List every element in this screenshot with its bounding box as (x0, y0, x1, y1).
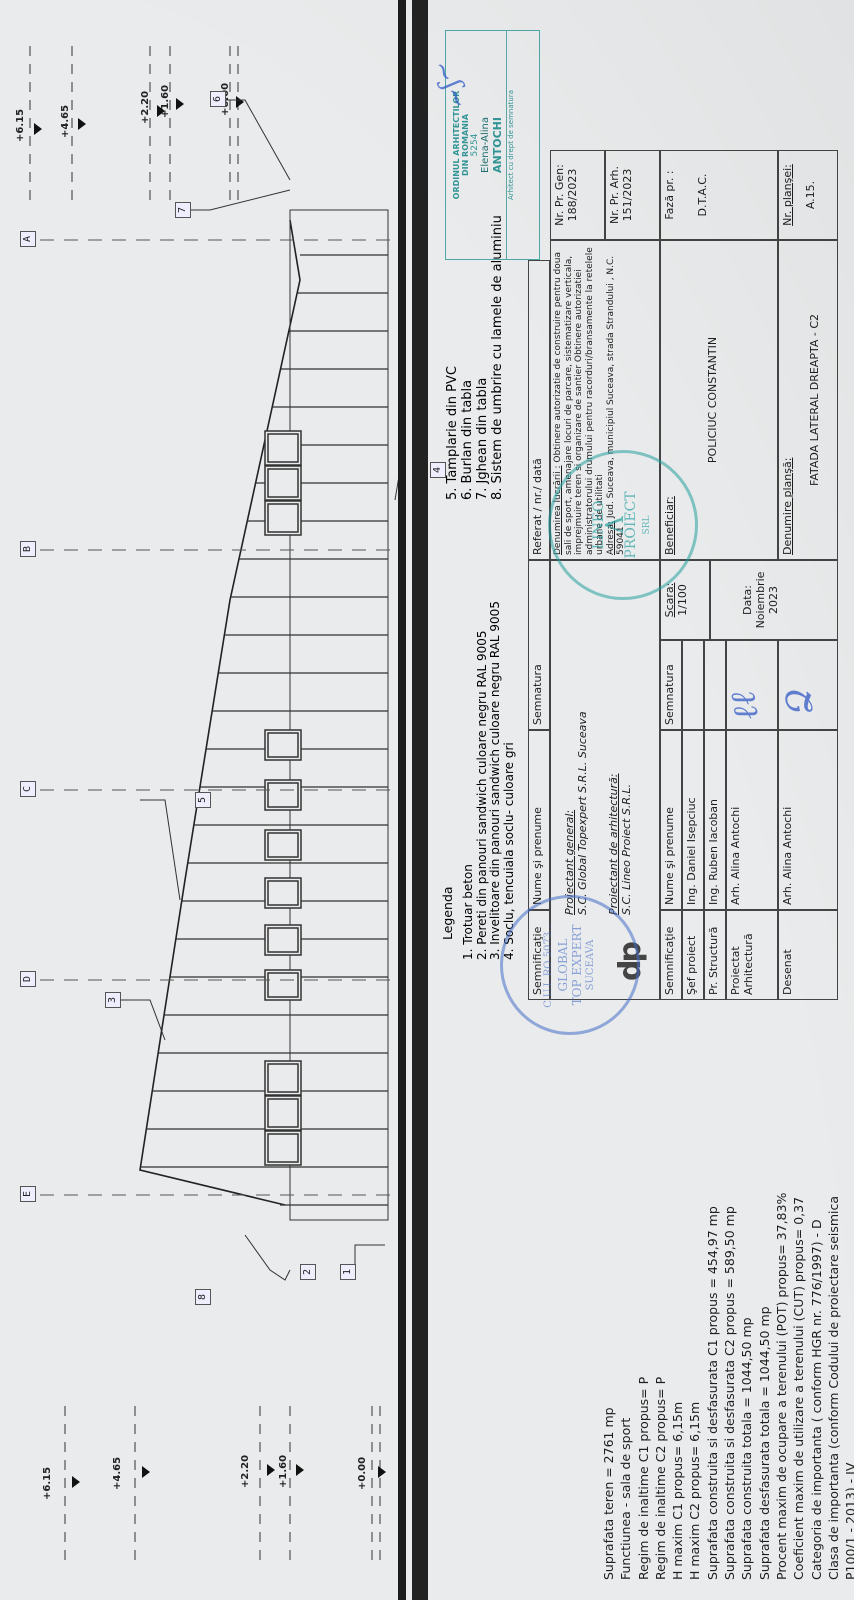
data-value: Noiembrie 2023 (754, 565, 780, 635)
grid-axis-e: E (20, 1186, 36, 1202)
nr-plansei-value: A.15. (804, 155, 817, 235)
denumire-plansa-value: FATADA LATERAL DREAPTA - C2 (808, 245, 821, 555)
tb-header-nume: Nume şi prenume (528, 730, 550, 910)
role-label: Proiectat Arhitectură (726, 910, 778, 1000)
proiectant-arh: S.C. Lineo Proiect S.R.L. (620, 565, 633, 915)
legend-item: 3. Invelitoare din panouri sandwich culo… (489, 601, 503, 960)
legend-item: 1. Trotuar beton (462, 601, 476, 960)
project-data-line: Clasa de importanta (conform Codului de … (825, 1060, 842, 1580)
callout-3: 3 (105, 992, 121, 1008)
role-signature (704, 640, 726, 730)
level-label-right-1-60: +1.60 (160, 85, 171, 118)
level-label-right-2-20: +2.20 (140, 91, 151, 124)
callout-7: 7 (175, 202, 191, 218)
proiectant-general: S.C. Global Topexpert S.R.L. Suceava (576, 565, 589, 915)
level-label-4-65: +4.65 (112, 1457, 123, 1490)
callout-5: 5 (195, 792, 211, 808)
global-stamp-line3: TOP EXPERT (570, 922, 584, 1007)
grid-axis-d: D (20, 971, 36, 987)
project-data-block: Suprafata teren = 2761 mpFunctiunea - sa… (600, 1060, 854, 1580)
role-name: Arh. Alina Antochi (778, 730, 838, 910)
project-data-line: Functiunea - sala de sport (617, 1060, 634, 1580)
architect-stamp-footer: Arhitect cu drept de semnatura (506, 31, 515, 259)
global-stamp-line4: SUCEAVA (584, 922, 598, 1007)
elevation-drawing: +6.15 +4.65 +2.20 +1.60 +0.00 +6.15 +4.6… (0, 0, 400, 1600)
tb-denumire-plansa: Denumire planşă: FATADA LATERAL DREAPTA … (778, 240, 838, 560)
architect-stamp: ORDINUL ARHITECTILOR DIN ROMANIA 5254 El… (445, 30, 540, 260)
lineo-stamp-line2: PROIECT (623, 491, 639, 558)
level-label-2-20: +2.20 (240, 1455, 251, 1488)
global-stamp-line2: GLOBAL (556, 922, 570, 1007)
lineo-stamp-line3: SRL (639, 491, 655, 558)
ground-line-thick (412, 0, 428, 1600)
project-data-line: P100/1 - 2013) - IV (842, 1060, 854, 1580)
nr-plansei-label: Nr. planşei: (781, 155, 794, 235)
architect-stamp-name: Elena-Alina (480, 31, 491, 259)
project-data-line: Suprafata desfasurata totala = 1044,50 m… (756, 1060, 773, 1580)
project-data-line: Procent maxim de ocupare a terenului (PO… (773, 1060, 790, 1580)
callout-6: 6 (210, 91, 226, 107)
level-label-right-6-15: +6.15 (15, 109, 26, 142)
callout-8: 8 (195, 1289, 211, 1305)
callout-1: 1 (340, 1264, 356, 1280)
project-data-line: Suprafata construita si desfasurata C2 p… (721, 1060, 738, 1580)
level-label-0-00: +0.00 (357, 1457, 368, 1490)
architect-stamp-surname: ANTOCHI (491, 31, 504, 259)
denumire-plansa-label: Denumire planşă: (781, 245, 794, 555)
global-stamp-cui: C.U.I. RO 5073... (542, 922, 556, 1007)
project-data-line: H maxim C1 propus= 6,15m (669, 1060, 686, 1580)
proiectant-arh-label: Proiectant de arhitectură: (607, 565, 620, 915)
callout-2: 2 (300, 1264, 316, 1280)
drawing-sheet: +6.15 +4.65 +2.20 +1.60 +0.00 +6.15 +4.6… (0, 0, 854, 1600)
legend-item: 4. Soclu, tencuiala soclu- culoare gri (503, 601, 517, 960)
tb-faza: Fază pr. : D.T.A.C. (660, 150, 778, 240)
project-data-line: Coeficient maxim de utilizare a terenulu… (790, 1060, 807, 1580)
tb-header-referat: Referat / nr./ dată (528, 260, 550, 560)
project-data-line: Suprafata construita totala = 1044,50 mp (738, 1060, 755, 1580)
tb-nr-plansei: Nr. planşei: A.15. (778, 150, 838, 240)
lineo-proiect-stamp: LINEO Λ PROIECT SRL (548, 450, 698, 600)
level-label-6-15: +6.15 (42, 1467, 53, 1500)
faza-value: D.T.A.C. (696, 155, 709, 235)
nr-pr-gen-label: Nr. Pr. Gen: (553, 155, 566, 235)
legend-title: Legenda (440, 886, 455, 940)
roles-header-semnatura: Semnatura (660, 640, 682, 730)
nr-pr-arh: 151/2023 (621, 155, 634, 235)
legend-list-left: 1. Trotuar beton2. Pereti din panouri sa… (462, 601, 516, 960)
proiectant-general-label: Proiectant general: (563, 565, 576, 915)
roles-header-semnificatie: Semnificaţie (660, 910, 682, 1000)
project-data-line: Categoria de importanta ( conform HGR nr… (808, 1060, 825, 1580)
architect-stamp-country: DIN ROMANIA (461, 31, 470, 259)
tb-header-semnatura: Semnatura (528, 560, 550, 730)
project-data-line: Regim de inaltime C1 propus= P (635, 1060, 652, 1580)
nr-pr-gen: 188/2023 (566, 155, 579, 235)
role-signature (682, 640, 704, 730)
grid-axis-c: C (20, 781, 36, 797)
project-data-line: Suprafata construita si desfasurata C1 p… (704, 1060, 721, 1580)
role-label: Şef proiect (682, 910, 704, 1000)
callout-4: 4 (430, 462, 446, 478)
level-label-1-60: +1.60 (278, 1455, 289, 1488)
global-topexpert-stamp: C.U.I. RO 5073... GLOBAL TOP EXPERT SUCE… (500, 895, 640, 1035)
faza-label: Fază pr. : (663, 155, 676, 235)
ground-line-thin (398, 0, 406, 1600)
role-label: Pr. Structură (704, 910, 726, 1000)
role-name: Ing. Ruben Iacoban (704, 730, 726, 910)
nr-pr-arh-label: Nr. Pr. Arh. (608, 155, 621, 235)
grid-axis-a: A (20, 231, 36, 247)
lineo-stamp-logo: Λ (607, 491, 623, 558)
project-data-line: Suprafata teren = 2761 mp (600, 1060, 617, 1580)
architect-stamp-number: 5254 (470, 31, 480, 259)
project-data-line: Regim de inaltime C2 propus= P (652, 1060, 669, 1580)
data-label: Data: (741, 565, 754, 635)
tb-data: Data: Noiembrie 2023 (710, 560, 838, 640)
roles-header-nume: Nume şi prenume (660, 730, 682, 910)
role-label: Desenat (778, 910, 838, 1000)
project-data-line: H maxim C2 propus= 6,15m (686, 1060, 703, 1580)
level-label-right-4-65: +4.65 (60, 105, 71, 138)
role-name: Arh. Alina Antochi (726, 730, 778, 910)
legend-item: 2. Pereti din panouri sandwich culoare n… (476, 601, 490, 960)
beneficiar-value: POLICIUC CONSTANTIN (706, 245, 719, 555)
role-name: Ing. Daniel Isepciuc (682, 730, 704, 910)
tb-nr-pr-gen: Nr. Pr. Gen: 188/2023 (550, 150, 605, 240)
tb-nr-pr-arh: Nr. Pr. Arh. 151/2023 (605, 150, 660, 240)
grid-axis-b: B (20, 541, 36, 557)
